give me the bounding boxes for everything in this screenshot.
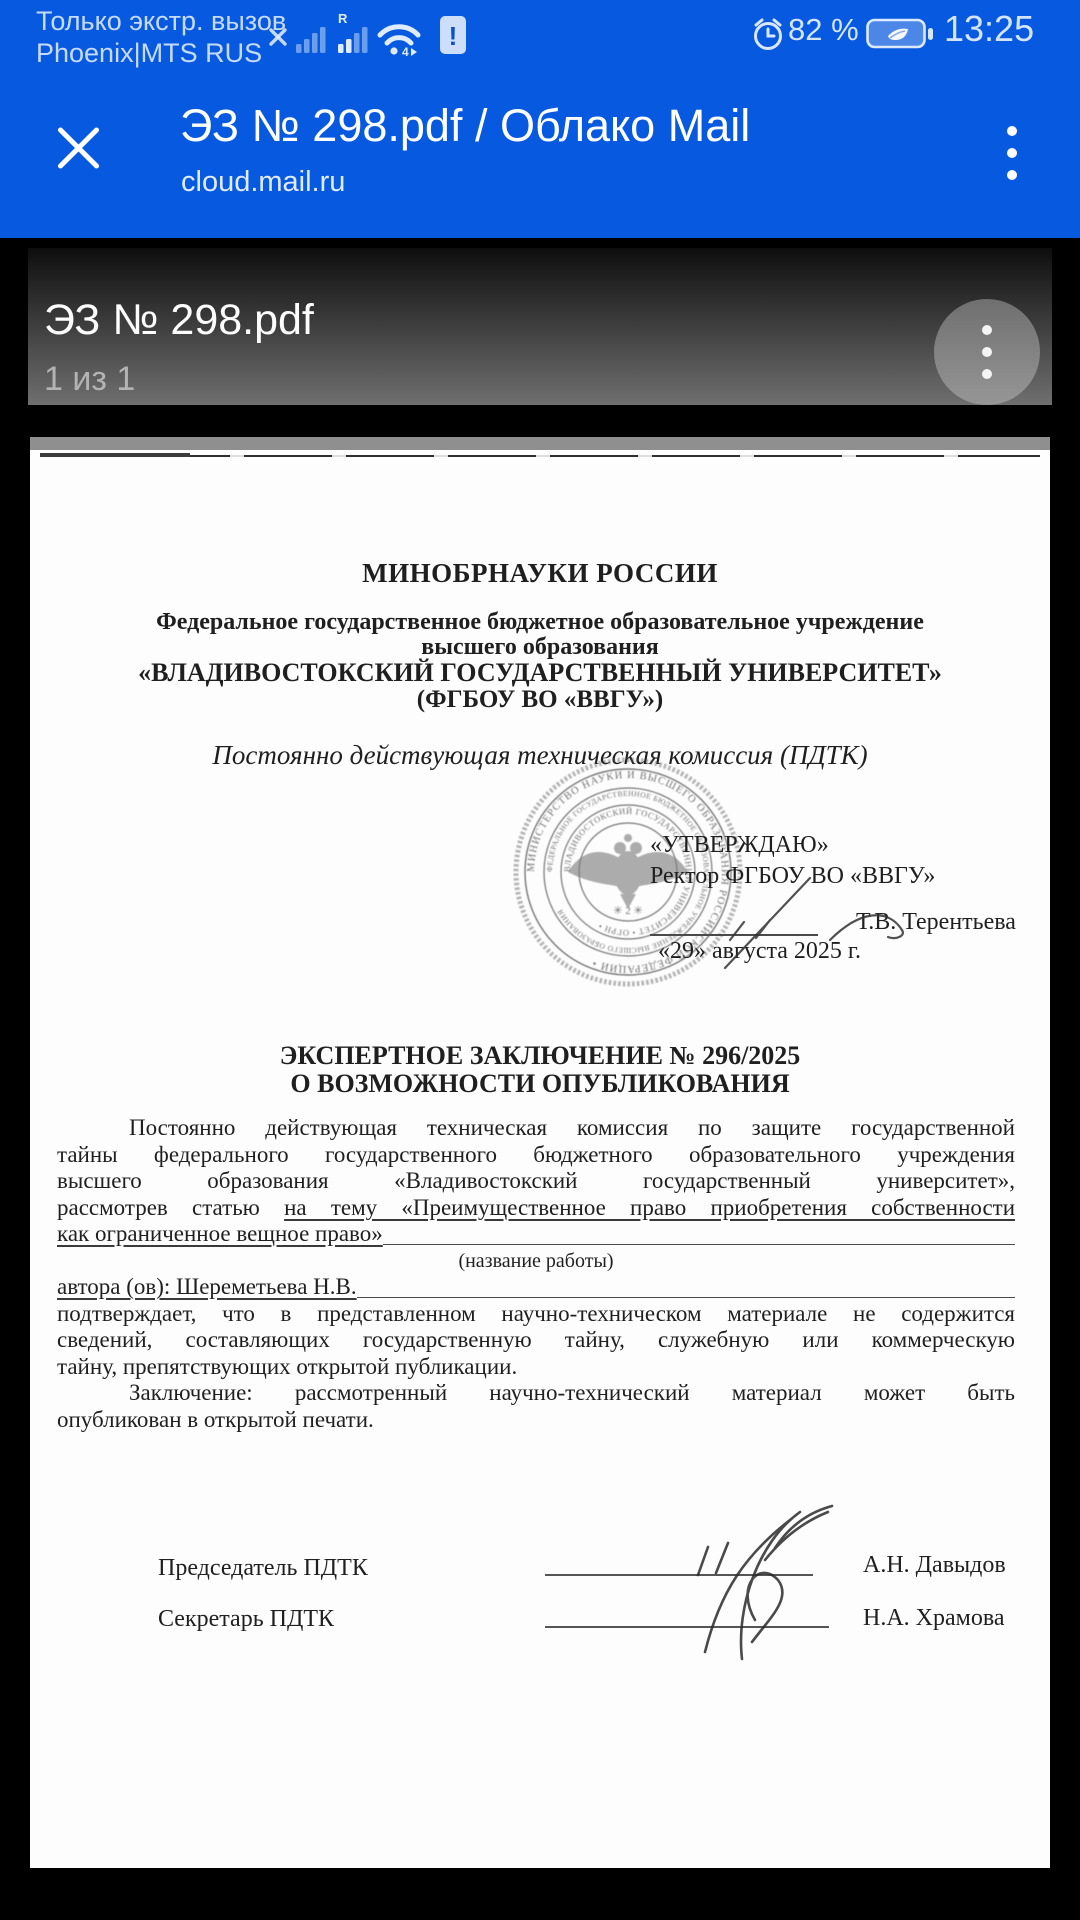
blank-underline <box>383 1221 1015 1245</box>
pdf-viewer-header: ЭЗ № 298.pdf 1 из 1 <box>28 248 1052 405</box>
close-button[interactable] <box>52 122 104 174</box>
pdf-menu-button[interactable] <box>934 299 1040 405</box>
body-line: подтверждает, что в представленном научн… <box>57 1301 1015 1328</box>
body-line: высшего образования «Владивостокский гос… <box>57 1168 1015 1195</box>
signature-role: Секретарь ПДТК <box>158 1606 334 1633</box>
phone-screen: Только экстр. вызов Phoenix|MTS RUS R <box>0 0 1080 1920</box>
body-line: Заключение: рассмотренный научно-техниче… <box>57 1380 1015 1407</box>
body-line: тайну, препятствующих открытой публикаци… <box>57 1354 1015 1381</box>
doc-org-line4: (ФГБОУ ВО «ВВГУ») <box>30 686 1050 714</box>
work-title-underlined: как ограниченное вещное право» <box>57 1221 383 1248</box>
scan-artifact-segment <box>40 453 190 457</box>
status-notice: Только экстр. вызов <box>36 6 286 37</box>
browser-menu-button[interactable] <box>985 112 1041 192</box>
work-title-underlined: на тему «Преимущественное право приобрет… <box>284 1195 1015 1220</box>
body-line: тайны федерального государственного бюдж… <box>57 1142 1015 1169</box>
status-time: 13:25 <box>944 8 1034 50</box>
body-line: рассмотрев статью на тему «Преимуществен… <box>57 1195 1015 1222</box>
no-sim-x-icon <box>271 30 285 44</box>
pdf-page-indicator: 1 из 1 <box>44 360 135 399</box>
battery-eco-icon <box>866 18 936 50</box>
signature-role: Председатель ПДТК <box>158 1555 368 1582</box>
body-line: сведений, составляющих государственную т… <box>57 1327 1015 1354</box>
signature-name: Н.А. Храмова <box>863 1605 1005 1632</box>
wifi-badge: 4 <box>402 45 409 59</box>
roaming-label: R <box>338 11 348 26</box>
doc-org-line3: «ВЛАДИВОСТОКСКИЙ ГОСУДАРСТВЕННЫЙ УНИВЕРС… <box>30 658 1050 688</box>
authors-underlined: автора (ов): Шереметьева Н.В. <box>57 1274 357 1301</box>
sim-alert-icon: ! <box>440 16 466 54</box>
doc-org-line1: Федеральное государственное бюджетное об… <box>30 609 1050 636</box>
status-icons-left: R 4 ! <box>268 8 480 60</box>
alarm-clock-icon <box>750 16 786 54</box>
blank-underline <box>357 1274 1015 1298</box>
signal-bars-icon <box>296 27 326 53</box>
work-title-caption: (название работы) <box>57 1248 1015 1275</box>
body-line: как ограниченное вещное право» <box>57 1221 1015 1248</box>
doc-body: Постоянно действующая техническая комисс… <box>57 1115 1015 1433</box>
page-title: ЭЗ № 298.pdf / Облако Mail <box>180 100 750 152</box>
top-blue-bar: Только экстр. вызов Phoenix|MTS RUS R <box>0 0 1080 238</box>
page-url: cloud.mail.ru <box>181 166 345 199</box>
status-carrier: Phoenix|MTS RUS <box>36 38 262 69</box>
doc-org-line2: высшего образования <box>30 634 1050 661</box>
approve-word: «УТВЕРЖДАЮ» <box>650 830 935 861</box>
handwritten-signature <box>678 1497 878 1667</box>
page-top-shadow <box>30 437 1050 450</box>
body-line: опубликован в открытой печати. <box>57 1407 1015 1434</box>
pdf-page[interactable]: МИНОБРНАУКИ РОССИИ Федеральное государст… <box>30 437 1050 1868</box>
sim-alert-mark: ! <box>449 21 458 51</box>
pdf-filename: ЭЗ № 298.pdf <box>44 296 314 345</box>
kebab-menu-icon <box>1007 126 1017 136</box>
signature-name: А.Н. Давыдов <box>863 1552 1006 1579</box>
rector-signature <box>670 867 920 977</box>
body-text: рассмотрев статью <box>57 1195 260 1220</box>
kebab-menu-icon <box>982 325 992 335</box>
body-line: Постоянно действующая техническая комисс… <box>57 1115 1015 1142</box>
scan-artifact-line <box>40 455 1040 457</box>
doc-ministry: МИНОБРНАУКИ РОССИИ <box>30 558 1050 589</box>
roaming-signal-bars-icon: R <box>338 11 368 53</box>
doc-title-line2: О ВОЗМОЖНОСТИ ОПУБЛИКОВАНИЯ <box>30 1069 1050 1099</box>
doc-title-line1: ЭКСПЕРТНОЕ ЗАКЛЮЧЕНИЕ № 296/2025 <box>30 1041 1050 1071</box>
body-line: автора (ов): Шереметьева Н.В. <box>57 1274 1015 1301</box>
battery-percent: 82 % <box>788 12 859 48</box>
wifi-icon: 4 <box>380 27 418 59</box>
